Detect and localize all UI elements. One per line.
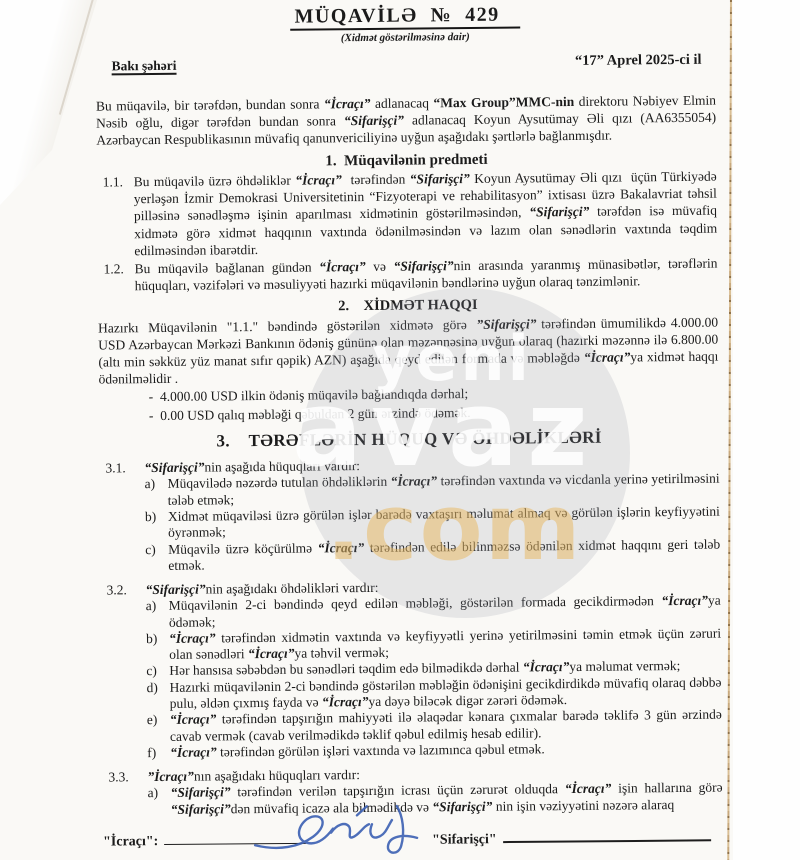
clause-number: 3.3.: [108, 768, 128, 785]
intro-paragraph: Bu müqavilə, bir tərəfdən, bundan sonra …: [96, 92, 716, 150]
clause-number: 1.2.: [103, 260, 123, 278]
contract-document: MÜQAVİLƏ № 429 (Xidmət göstərilməsinə da…: [95, 1, 723, 819]
subsection-3-2: 3.2. “Sifarişçi”nin aşağıdakı öhdəliklər…: [101, 576, 723, 762]
item-letter: a): [146, 598, 157, 614]
customer-label: "Sifarişçi": [432, 832, 497, 848]
item-text: Müqavilə üzrə köçürülmə “İcraçı” tərəfin…: [168, 536, 720, 573]
item-text: “İcraçı” tərəfindən görülən işləri vaxtı…: [170, 741, 545, 760]
scan-background: [733, 0, 800, 860]
item-letter: b): [146, 631, 157, 647]
clause-text: Bu müqavilə bağlanan gündən “İcraçı” və …: [134, 255, 717, 293]
item-text: “Sifarişçi” tərəfindən verilən tapşırığı…: [170, 780, 722, 817]
clause-number: 3.1.: [105, 460, 125, 477]
clause-1-2: 1.2. Bu müqavilə bağlanan gündən “İcraçı…: [97, 254, 717, 295]
signature-row: "İcraçı": "Sifarişçi": [0, 825, 800, 832]
section2-paragraph: Hazırkı Müqavilənin "1.1." bəndində göst…: [98, 314, 719, 388]
date-label: “17” Aprel 2025-ci il: [575, 52, 702, 70]
item-letter: c): [146, 663, 157, 679]
customer-signature-line: [503, 825, 711, 843]
city-label: Bakı şəhəri: [111, 57, 176, 75]
item-text: Hazırki müqavilənin 2-ci bəndində göstər…: [169, 674, 721, 711]
item-text: “İcraçı” tərəfindən tapşırığın mahiyyəti…: [170, 707, 722, 744]
list-item: a) “Sifarişçi” tərəfindən verilən tapşır…: [102, 780, 722, 819]
clause-number: 1.1.: [103, 173, 123, 191]
item-letter: b): [145, 509, 156, 525]
page-edge-line: [727, 0, 732, 860]
item-letter: d): [146, 680, 157, 696]
item-text: “İcraçı” tərəfindən xidmətin vaxtında və…: [169, 625, 721, 662]
clause-lead: ”İcraçı”nın aşağıdakı hüquqları vardır:: [147, 767, 360, 784]
subsection-3-3: 3.3. ”İcraçı”nın aşağıdakı hüquqları var…: [102, 763, 722, 819]
item-letter: a): [147, 785, 158, 801]
section3-heading: 3. TƏRƏFLƏRİN HÜQUQ VƏ ÖHDƏLİKLƏRİ: [99, 426, 719, 453]
clause-number: 3.2.: [107, 582, 127, 599]
item-letter: a): [145, 476, 156, 492]
executor-label: "İcraçı":: [103, 834, 158, 849]
item-letter: e): [147, 712, 158, 728]
page-subtitle: (Xidmət göstərilməsinə dair): [95, 29, 715, 48]
clause-1-1: 1.1. Bu müqavilə üzrə öhdəliklər “İcraçı…: [97, 167, 718, 260]
clause-lead: “Sifarişçi”nin aşağıda hüquqları vardır:: [144, 459, 360, 476]
list-item: c) Müqavilə üzrə köçürülmə “İcraçı” tərə…: [100, 536, 720, 575]
subsection-3-1: 3.1. “Sifarişçi”nin aşağıda hüquqları va…: [99, 454, 720, 575]
page-title: MÜQAVİLƏ № 429: [290, 3, 519, 31]
item-letter: f): [147, 745, 156, 761]
scanned-contract-page: MÜQAVİLƏ № 429 (Xidmət göstərilməsinə da…: [0, 0, 800, 860]
executor-signature-block: "İcraçı":: [103, 829, 306, 851]
clause-lead: “Sifarişçi”nin aşağıdakı öhdəlikləri var…: [146, 580, 379, 597]
item-text: Xidmət müqaviləsi üzrə görülən işlər bar…: [168, 504, 720, 541]
item-text: Müqavilədə nəzərdə tutulan öhdəliklərin …: [168, 471, 720, 508]
customer-signature-block: "Sifarişçi": [432, 825, 711, 848]
item-text: Müqavilənin 2-ci bəndində qeyd edilən mə…: [169, 593, 721, 630]
executor-signature-line: [164, 829, 306, 845]
item-letter: c): [145, 542, 156, 558]
clause-text: Bu müqavilə üzrə öhdəliklər “İcraçı” tər…: [134, 168, 718, 258]
